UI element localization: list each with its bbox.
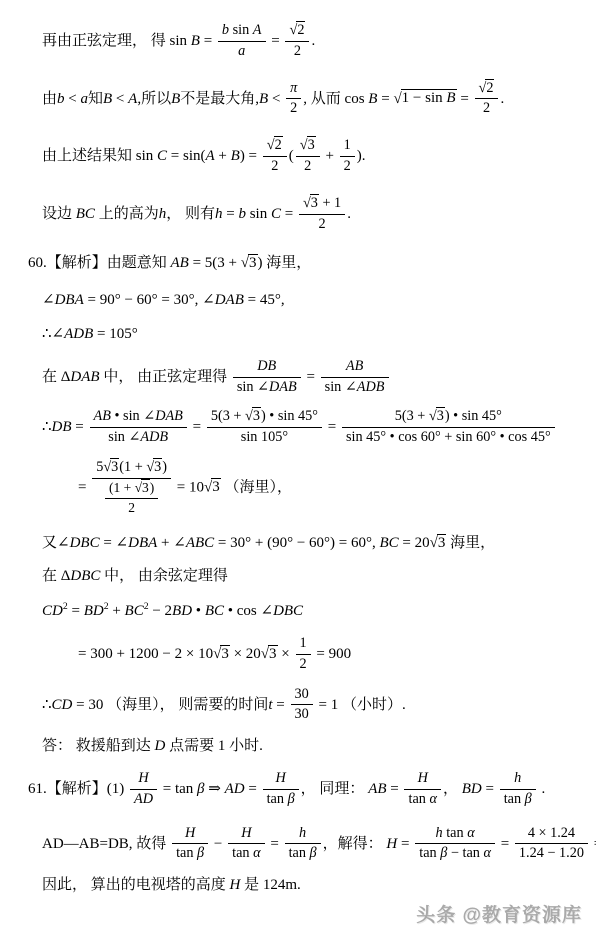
fraction: b sin Aa	[218, 22, 266, 61]
fraction: Htan β	[172, 825, 208, 864]
math-line: 再由正弦定理， 得 sin B = b sin Aa = √22.	[0, 22, 596, 61]
math-line: 60.【解析】由题意知 AB = 5(3 + √3) 海里，	[0, 253, 596, 275]
math-line: 设边 BC 上的高为h， 则有h = b sin C = √3 + 12.	[0, 195, 596, 234]
math-line: 由b < a知B < A,所以B不是最大角,B < π2, 从而 cos B =…	[0, 80, 596, 119]
radical: √3	[429, 407, 445, 424]
fraction: 12	[296, 635, 311, 674]
math-line: ∴∠ADB = 105°	[0, 324, 596, 346]
fraction: √22	[285, 22, 309, 61]
fraction: 5√3(1 + √3)(1 + √3)2	[92, 459, 171, 517]
fraction: HAD	[130, 770, 157, 809]
math-line: 61.【解析】(1) HAD = tan β ⇒ AD = Htan β， 同理…	[0, 770, 596, 809]
document-page: 再由正弦定理， 得 sin B = b sin Aa = √22.由b < a知…	[0, 0, 596, 935]
fraction: htan β	[285, 825, 321, 864]
math-line: 答： 救援船到达 D 点需要 1 小时.	[0, 736, 596, 758]
math-line: 在 ΔDAB 中， 由正弦定理得 DBsin ∠DAB = ABsin ∠ADB	[0, 358, 596, 397]
fraction: 12	[340, 137, 355, 176]
math-line: 因此， 算出的电视塔的高度 H 是 124m.	[0, 875, 596, 897]
radical: √2	[479, 79, 495, 96]
fraction: π2	[286, 80, 301, 119]
radical: √3	[204, 478, 221, 495]
radical: √3	[300, 136, 316, 153]
radical: √3	[135, 479, 150, 495]
fraction: htan β	[500, 770, 536, 809]
radical: √2	[267, 136, 283, 153]
math-line: ∠DBA = 90° − 60° = 30°, ∠DAB = 45°,	[0, 290, 596, 312]
fraction: h tan αtan β − tan α	[415, 825, 495, 864]
math-line: CD2 = BD2 + BC2 − 2BD • BC • cos ∠DBC	[0, 600, 596, 623]
radical: √3	[213, 645, 230, 662]
fraction: Htan α	[404, 770, 440, 809]
fraction: √3 + 12	[299, 195, 345, 234]
fraction: (1 + √3)2	[105, 480, 158, 517]
math-line: ∴DB = AB • sin ∠DABsin ∠ADB = 5(3 + √3) …	[0, 408, 596, 447]
radical: √3	[245, 407, 261, 424]
fraction: 5(3 + √3) • sin 45°sin 105°	[207, 408, 322, 447]
fraction: ABsin ∠ADB	[321, 358, 389, 397]
math-line: 由上述结果知 sin C = sin(A + B) = √22(√32 + 12…	[0, 137, 596, 176]
radical: √2	[289, 21, 305, 38]
watermark: 头条 @教育资源库	[416, 900, 582, 927]
solution-text: 再由正弦定理， 得 sin B = b sin Aa = √22.由b < a知…	[0, 22, 596, 897]
fraction: DBsin ∠DAB	[233, 358, 301, 397]
math-line: = 300 + 1200 − 2 × 10√3 × 20√3 × 12 = 90…	[0, 635, 596, 674]
radical: √1 − sin B	[393, 89, 456, 106]
radical: √3	[103, 458, 119, 475]
fraction: √32	[296, 137, 320, 176]
math-line: ∴CD = 30 （海里）， 则需要的时间t = 3030 = 1 （小时）.	[0, 686, 596, 725]
fraction: Htan α	[228, 825, 264, 864]
fraction: 4 × 1.241.24 − 1.20	[515, 825, 588, 864]
math-line: 又∠DBC = ∠DBA + ∠ABC = 30° + (90° − 60°) …	[0, 533, 596, 555]
radical: √3	[261, 645, 278, 662]
fraction: 3030	[291, 686, 313, 725]
fraction: √22	[475, 80, 499, 119]
math-line: = 5√3(1 + √3)(1 + √3)2 = 10√3 （海里），	[0, 459, 596, 517]
math-line: 在 ΔDBC 中， 由余弦定理得	[0, 566, 596, 588]
radical: √3	[430, 534, 447, 551]
fraction: Htan β	[263, 770, 299, 809]
radical: √3	[241, 254, 258, 271]
fraction: AB • sin ∠DABsin ∠ADB	[90, 408, 187, 447]
fraction: 5(3 + √3) • sin 45°sin 45° • cos 60° + s…	[342, 408, 555, 447]
fraction: √22	[263, 137, 287, 176]
radical: √3	[146, 458, 162, 475]
radical: √3	[303, 194, 319, 211]
math-line: AD—AB=DB, 故得 Htan β − Htan α = htan β，解得…	[0, 825, 596, 864]
